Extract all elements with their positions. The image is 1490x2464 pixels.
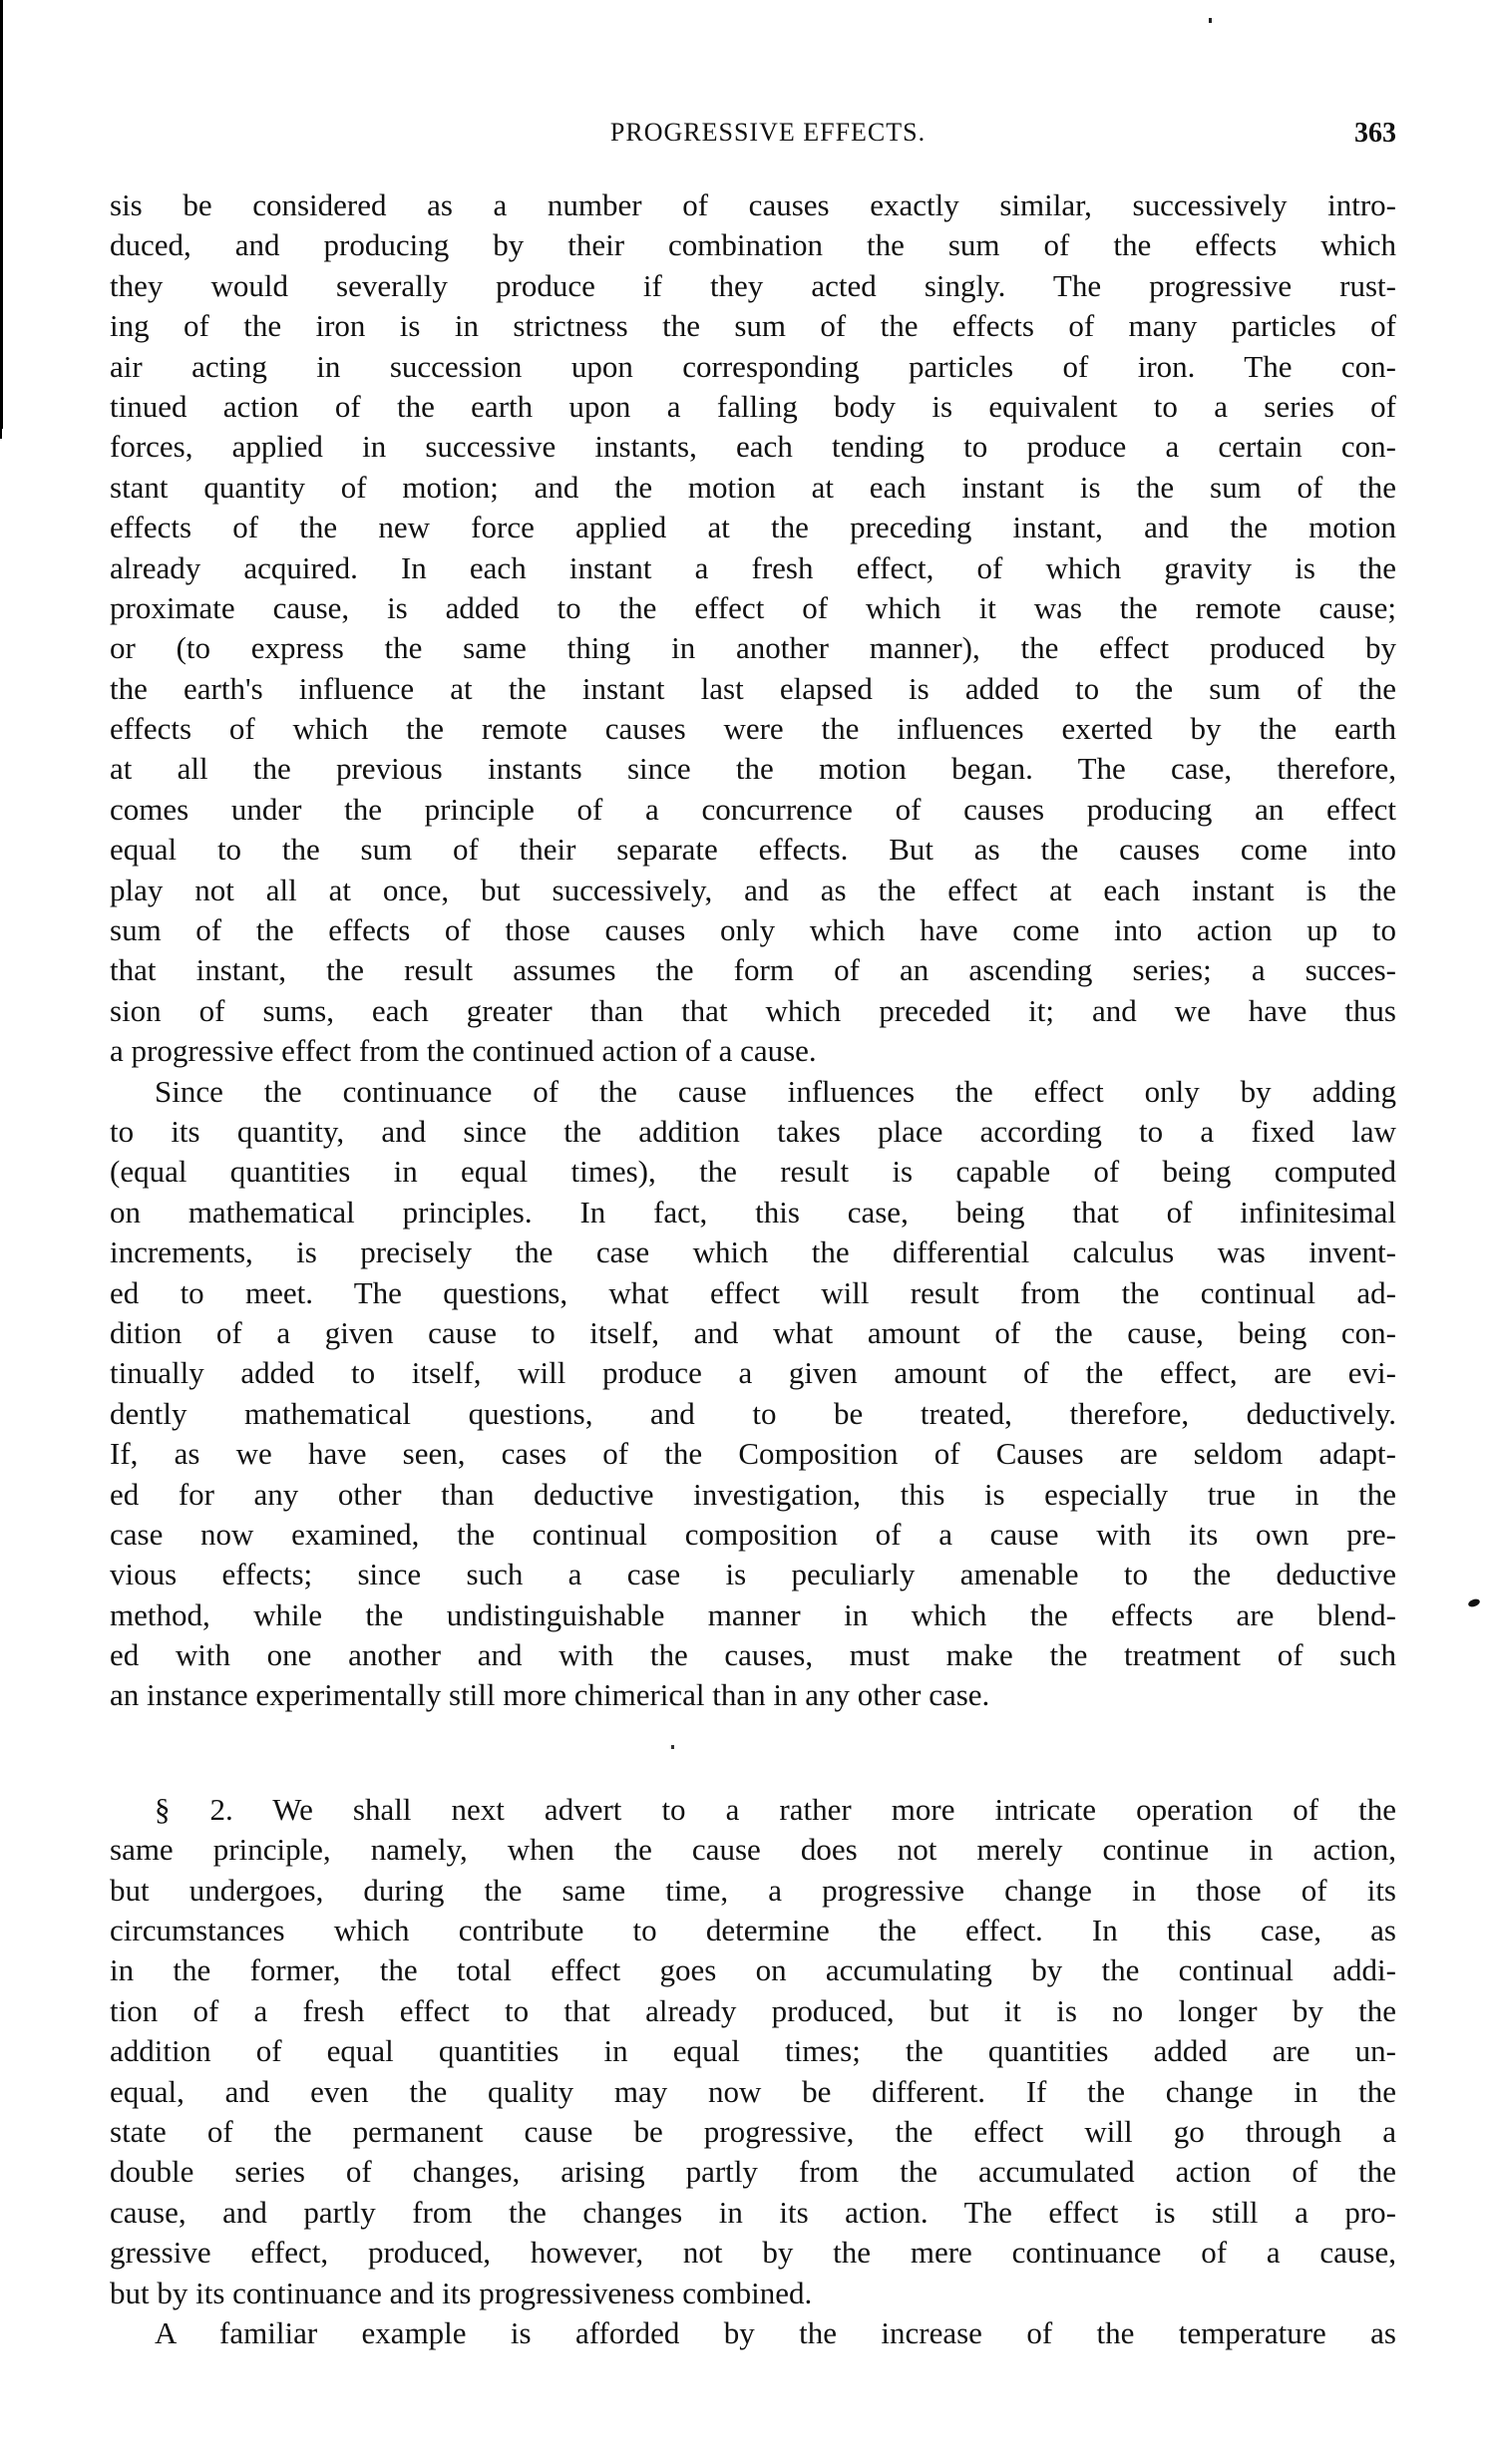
text-line: effects of which the remote causes were … [110,709,1396,749]
text-line: sum of the effects of those causes only … [110,910,1396,950]
paragraph: A familiar example is afforded by the in… [110,2313,1396,2353]
text-line: at all the previous instants since the m… [110,749,1396,789]
text-line: Since the continuance of the cause influ… [110,1072,1396,1112]
text-line: play not all at once, but successively, … [110,871,1396,910]
text-line: sis be considered as a number of causes … [110,185,1396,225]
page-number: 363 [1354,118,1396,150]
text-line: sion of sums, each greater than that whi… [110,991,1396,1031]
text-line: that instant, the result assumes the for… [110,950,1396,990]
text-line: stant quantity of motion; and the motion… [110,468,1396,508]
text-line: the earth's influence at the instant las… [110,669,1396,709]
text-line: addition of equal quantities in equal ti… [110,2031,1396,2071]
text-line: they would severally produce if they act… [110,266,1396,306]
page-edge-line [0,0,3,429]
ink-blot [1467,1597,1481,1608]
text-line: (equal quantities in equal times), the r… [110,1152,1396,1192]
text-line: but by its continuance and its progressi… [110,2274,1396,2313]
text-line: comes under the principle of a concurren… [110,790,1396,830]
paragraph-gap [110,1716,1396,1790]
scan-speck [1209,18,1212,23]
text-line: already acquired. In each instant a fres… [110,548,1396,588]
text-line: A familiar example is afforded by the in… [110,2313,1396,2353]
text-line: equal to the sum of their separate effec… [110,830,1396,870]
text-line: same principle, namely, when the cause d… [110,1830,1396,1870]
text-line: tinued action of the earth upon a fallin… [110,387,1396,427]
text-line: tion of a fresh effect to that already p… [110,1991,1396,2031]
text-line: to its quantity, and since the addition … [110,1112,1396,1152]
text-line: vious effects; since such a case is pecu… [110,1555,1396,1594]
paragraph: Since the continuance of the cause influ… [110,1072,1396,1716]
text-line: tinually added to itself, will produce a… [110,1353,1396,1393]
text-line: proximate cause, is added to the effect … [110,588,1396,628]
text-line: If, as we have seen, cases of the Compos… [110,1434,1396,1474]
paragraph: § 2. We shall next advert to a rather mo… [110,1790,1396,2313]
body-text: sis be considered as a number of causes … [110,185,1396,2353]
text-line: increments, is precisely the case which … [110,1232,1396,1272]
text-line: or (to express the same thing in another… [110,628,1396,668]
text-line: in the former, the total effect goes on … [110,1950,1396,1990]
text-line: dition of a given cause to itself, and w… [110,1313,1396,1353]
text-line: effects of the new force applied at the … [110,508,1396,547]
page-header: PROGRESSIVE EFFECTS. 363 [110,118,1396,158]
text-line: on mathematical principles. In fact, thi… [110,1193,1396,1232]
text-line: ing of the iron is in strictness the sum… [110,306,1396,346]
text-line: forces, applied in successive instants, … [110,427,1396,467]
text-line: state of the permanent cause be progress… [110,2112,1396,2152]
text-line: duced, and producing by their combinatio… [110,225,1396,265]
text-line: cause, and partly from the changes in it… [110,2193,1396,2233]
text-line: gressive effect, produced, however, not … [110,2233,1396,2273]
text-line: but undergoes, during the same time, a p… [110,1871,1396,1911]
text-line: ed for any other than deductive investig… [110,1475,1396,1515]
text-line: an instance experimentally still more ch… [110,1675,1396,1715]
text-line: double series of changes, arising partly… [110,2152,1396,2192]
text-line: ed to meet. The questions, what effect w… [110,1273,1396,1313]
text-line: air acting in succession upon correspond… [110,347,1396,387]
text-line: case now examined, the continual composi… [110,1515,1396,1555]
text-line: ed with one another and with the causes,… [110,1635,1396,1675]
page-edge-mark [0,427,2,439]
running-title: PROGRESSIVE EFFECTS. [110,118,1396,148]
text-line: dently mathematical questions, and to be… [110,1394,1396,1434]
text-line: equal, and even the quality may now be d… [110,2072,1396,2112]
text-line: method, while the undistinguishable mann… [110,1595,1396,1635]
text-line: a progressive effect from the continued … [110,1031,1396,1071]
paragraph: sis be considered as a number of causes … [110,185,1396,1072]
text-line: circumstances which contribute to determ… [110,1911,1396,1950]
text-line: § 2. We shall next advert to a rather mo… [110,1790,1396,1830]
